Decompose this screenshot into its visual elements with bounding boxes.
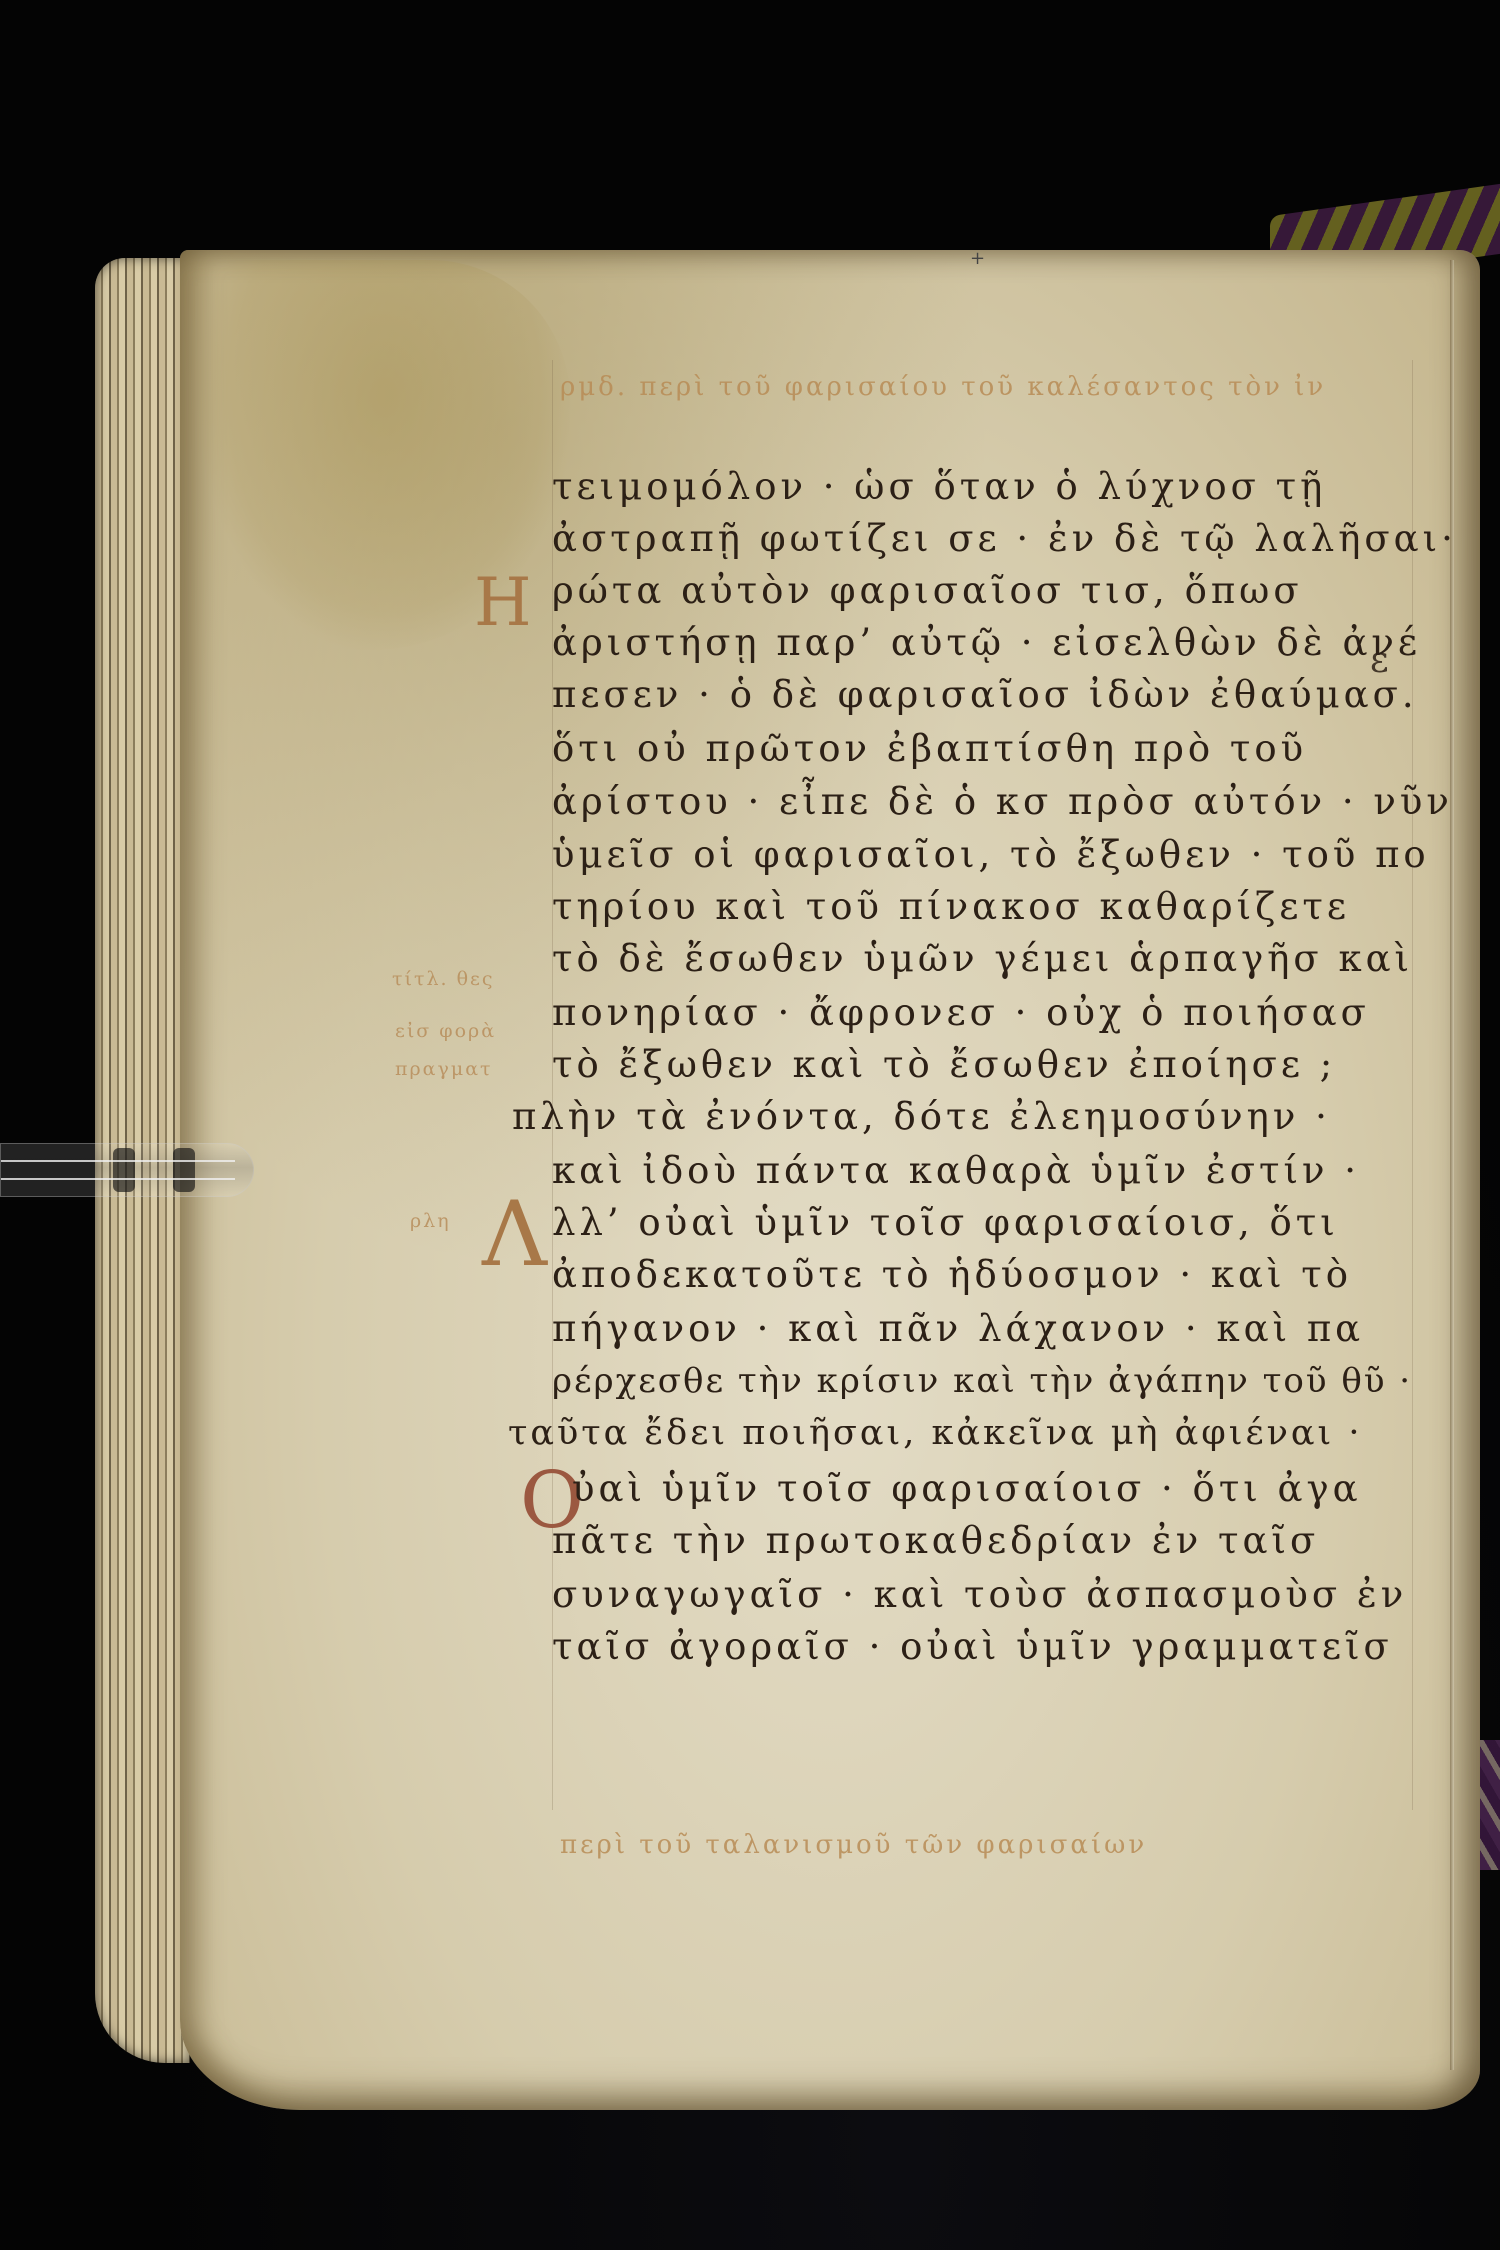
margin-note: εἰσ φορὰ <box>395 1020 496 1042</box>
footer-running-title: περὶ τοῦ ταλανισμοῦ τῶν φαρισαίων <box>560 1830 1147 1860</box>
initial-eta: Η <box>474 570 532 636</box>
page-clip <box>0 1143 254 1197</box>
text-line: ἀστραπῇ φωτίζει σε · ἐν δὲ τῷ λαλῆσαι· <box>552 520 1457 557</box>
text-line: ἀρίστου · εἶπε δὲ ὁ κσ πρὸσ αὐτόν · νῦν <box>552 783 1453 820</box>
text-line: ρέρχεσθε τὴν κρίσιν καὶ τὴν ἀγάπην τοῦ θ… <box>552 1364 1412 1398</box>
text-line: τὸ δὲ ἔσωθεν ὑμῶν γέμει ἁρπαγῆσ καὶ <box>552 940 1413 977</box>
text-line: τειμομόλον · ὡσ ὅταν ὁ λύχνοσ τῇ <box>552 468 1326 505</box>
text-line: ρώτα αὐτὸν φαρισαῖοσ τισ, ὅπωσ <box>552 572 1303 609</box>
header-running-title: ρμδ. περὶ τοῦ φαρισαίου τοῦ καλέσαντος τ… <box>560 372 1326 402</box>
text-line: καὶ ἰδοὺ πάντα καθαρὰ ὑμῖν ἐστίν · <box>552 1152 1360 1189</box>
text-line: ὐαὶ ὑμῖν τοῖσ φαρισαίοισ · ὅτι ἀγα <box>572 1470 1362 1507</box>
text-line: πήγανον · καὶ πᾶν λάχανον · καὶ πα <box>552 1310 1364 1347</box>
initial-lambda: Λ <box>482 1190 547 1280</box>
clip-band <box>113 1148 135 1192</box>
section-number: ρλη <box>410 1210 451 1232</box>
text-line: ταῦτα ἔδει ποιῆσαι, κἀκεῖνα μὴ ἀφιέναι · <box>508 1416 1363 1451</box>
clip-band <box>173 1148 195 1192</box>
text-line: πᾶτε τὴν πρωτοκαθεδρίαν ἐν ταῖσ <box>552 1522 1319 1559</box>
clip-highlight <box>1 1160 235 1162</box>
text-line: πεσεν · ὁ δὲ φαρισαῖοσ ἰδὼν ἐθαύμασ. <box>552 676 1418 713</box>
text-line: λλ’ οὐαὶ ὑμῖν τοῖσ φαρισαίοισ, ὅτι <box>552 1204 1339 1241</box>
text-line: ὅτι οὐ πρῶτον ἐβαπτίσθη πρὸ τοῦ <box>552 730 1307 767</box>
ruling-line-right <box>1412 360 1413 1810</box>
text-line: πλὴν τὰ ἐνόντα, δότε ἐλεημοσύνην · <box>512 1098 1331 1135</box>
text-line: πονηρίασ · ἄφρονεσ · οὐχ ὁ ποιήσασ <box>552 994 1370 1031</box>
text-line: ἀποδεκατοῦτε τὸ ἡδύοσμον · καὶ τὸ <box>552 1256 1352 1293</box>
text-line: τὸ ἔξωθεν καὶ τὸ ἔσωθεν ἐποίησε ; <box>552 1046 1336 1083</box>
clip-highlight <box>1 1178 235 1180</box>
text-line: ἀριστήσῃ παρ’ αὐτῷ · εἰσελθὼν δὲ ἀνέ <box>552 624 1421 661</box>
margin-note: πραγματ <box>395 1058 493 1080</box>
text-line: τηρίου καὶ τοῦ πίνακοσ καθαρίζετε <box>552 888 1350 925</box>
margin-note: τίτλ. θες <box>392 968 495 990</box>
top-cross-mark: + <box>970 248 985 269</box>
text-line: ὑμεῖσ οἱ φαρισαῖοι, τὸ ἔξωθεν · τοῦ πο <box>552 836 1430 873</box>
text-line: ταῖσ ἀγοραῖσ · οὐαὶ ὑμῖν γραμματεῖσ <box>552 1628 1393 1665</box>
text-line: συναγωγαῖσ · καὶ τοὺσ ἀσπασμοὺσ ἐν <box>552 1576 1407 1613</box>
